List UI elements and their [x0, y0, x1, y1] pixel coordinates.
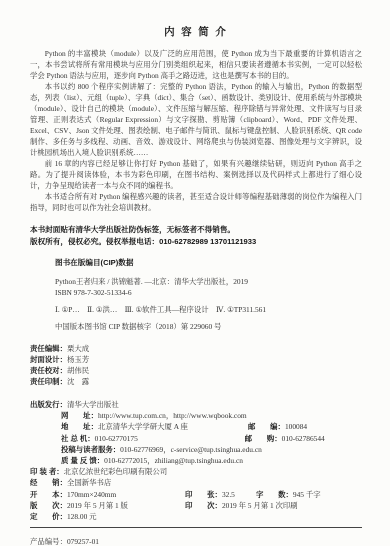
field-value: 胡伟民	[67, 366, 89, 375]
cip-record-number: 中国版本图书馆 CIP 数据核字（2018）第 229060 号	[55, 321, 362, 332]
staff-row-print-supervisor: 责任印制：沈 露	[30, 376, 362, 387]
field-value: 32.5	[222, 489, 256, 500]
pub-row-edition: 版 次：2019 年 5 月第 1 版印 次：2019 年 5 月第 1 次印刷	[30, 500, 362, 511]
field-value: 128.00 元	[67, 512, 97, 521]
staff-row-editor: 责任编辑：栗大成	[30, 343, 362, 354]
pub-row-distributor: 经 销：全国新华书店	[30, 477, 362, 488]
pub-row-price: 定 价：128.00 元	[30, 511, 362, 522]
staff-credits: 责任编辑：栗大成 封面设计：杨玉芳 责任校对：胡伟民 责任印制：沈 露	[30, 343, 362, 387]
field-label: 投稿与读者服务：	[61, 445, 120, 454]
field-label: 版 次：	[30, 501, 67, 510]
pub-row-switchboard: 社 总 机：010-62770175邮 购：010-62786544	[61, 433, 362, 444]
field-label: 社 总 机：	[61, 434, 95, 443]
pub-row-publisher: 出版发行：清华大学出版社	[30, 399, 362, 410]
field-value: 2019 年 5 月第 1 次印刷	[222, 501, 298, 510]
intro-paragraph-2: 本书以约 800 个程序实例讲解了：完整的 Python 语法，Python 的…	[30, 81, 362, 158]
field-value: 栗大成	[67, 344, 89, 353]
divider-rule	[30, 527, 362, 528]
field-label: 印 次：	[185, 501, 222, 510]
intro-section: Python 的丰富模块（module）以及广泛的应用范围，使 Python 成…	[30, 48, 362, 213]
pub-row-format: 开 本：170mm×240mm印 张：32.5字 数：945 千字	[30, 489, 362, 500]
field-label: 封面设计：	[30, 355, 67, 364]
field-value: 010-62772015，zhiliang@tup.tsinghua.edu.c…	[104, 456, 243, 465]
field-value: 170mm×240mm	[67, 489, 185, 500]
field-label: 字 数：	[256, 490, 293, 499]
pub-row-printer: 印 装 者：北京亿浓世纪彩色印刷有限公司	[30, 466, 362, 477]
notice-section: 本书封面贴有清华大学出版社防伪标签，无标签者不得销售。 版权所有，侵权必究。侵权…	[30, 224, 362, 248]
field-value: 全国新华书店	[67, 478, 111, 487]
field-value: 沈 露	[67, 377, 89, 386]
field-label: 责任印制：	[30, 377, 67, 386]
field-value: 杨玉芳	[67, 355, 89, 364]
field-value: 北京清华大学学研大厦 A 座	[98, 421, 248, 432]
field-label: 经 销：	[30, 478, 67, 487]
intro-paragraph-4: 本书适合所有对 Python 编程感兴趣的读者，甚至适合设计师等编程基础薄弱的岗…	[30, 191, 362, 213]
field-label: 出版发行：	[30, 400, 67, 409]
field-value: http://www.tup.com.cn，http://www.wqbook.…	[98, 411, 247, 420]
product-number: 产品编号：079257-01	[30, 536, 362, 546]
page-title: 内 容 简 介	[30, 24, 362, 39]
cip-classification: Ⅰ. ①P… Ⅱ. ①洪… Ⅲ. ①软件工具—程序设计 Ⅳ. ①TP311.56…	[55, 304, 362, 315]
field-value: 2019 年 5 月第 1 版	[67, 500, 185, 511]
field-value: 010-62770175	[95, 433, 245, 444]
field-value: 北京亿浓世纪彩色印刷有限公司	[64, 467, 167, 476]
cip-header: 图书在版编目(CIP)数据	[55, 257, 362, 268]
field-label: 责任校对：	[30, 366, 67, 375]
field-value: 010-62776969，c-service@tup.tsinghua.edu.…	[120, 445, 262, 454]
cip-isbn: ISBN 978-7-302-51334-6	[55, 287, 362, 298]
pub-row-address: 地 址：北京清华大学学研大厦 A 座邮 编：100084	[61, 421, 362, 432]
field-label: 定 价：	[30, 512, 67, 521]
field-label: 网 址：	[61, 411, 98, 420]
cip-entry: Python王者归来 / 洪锦魁著. —北京：清华大学出版社，2019	[55, 276, 362, 287]
intro-paragraph-1: Python 的丰富模块（module）以及广泛的应用范围，使 Python 成…	[30, 48, 362, 81]
cip-section: 图书在版编目(CIP)数据 Python王者归来 / 洪锦魁著. —北京：清华大…	[30, 257, 362, 332]
field-value: 010-62786544	[282, 434, 325, 443]
pub-row-quality-feedback: 质 量 反 馈：010-62772015，zhiliang@tup.tsingh…	[61, 455, 362, 466]
staff-row-proofreader: 责任校对：胡伟民	[30, 365, 362, 376]
staff-row-cover-design: 封面设计：杨玉芳	[30, 354, 362, 365]
field-label: 邮 编：	[248, 422, 285, 431]
field-label: 开 本：	[30, 490, 67, 499]
intro-paragraph-3: 前 16 章的内容已经足够让你打好 Python 基础了，如果有兴趣继续钻研，则…	[30, 158, 362, 191]
field-label: 印 装 者：	[30, 467, 64, 476]
field-label: 责任编辑：	[30, 344, 67, 353]
pub-row-website: 网 址：http://www.tup.com.cn，http://www.wqb…	[61, 410, 362, 421]
publishing-info: 出版发行：清华大学出版社 网 址：http://www.tup.com.cn，h…	[30, 399, 362, 522]
field-label: 质 量 反 馈：	[61, 456, 104, 465]
copyright-page: 内 容 简 介 Python 的丰富模块（module）以及广泛的应用范围，使 …	[0, 0, 390, 546]
field-value: 945 千字	[293, 490, 321, 499]
copyright-statement: 版权所有，侵权必究。侵权举报电话：010-62782989 1370112193…	[30, 236, 362, 248]
field-value: 清华大学出版社	[67, 400, 119, 409]
field-label: 地 址：	[61, 422, 98, 431]
field-label: 邮 购：	[245, 434, 282, 443]
anti-piracy-notice: 本书封面贴有清华大学出版社防伪标签，无标签者不得销售。	[30, 224, 362, 236]
pub-row-reader-service: 投稿与读者服务：010-62776969，c-service@tup.tsing…	[61, 444, 362, 455]
field-label: 印 张：	[185, 490, 222, 499]
field-value: 100084	[285, 422, 307, 431]
